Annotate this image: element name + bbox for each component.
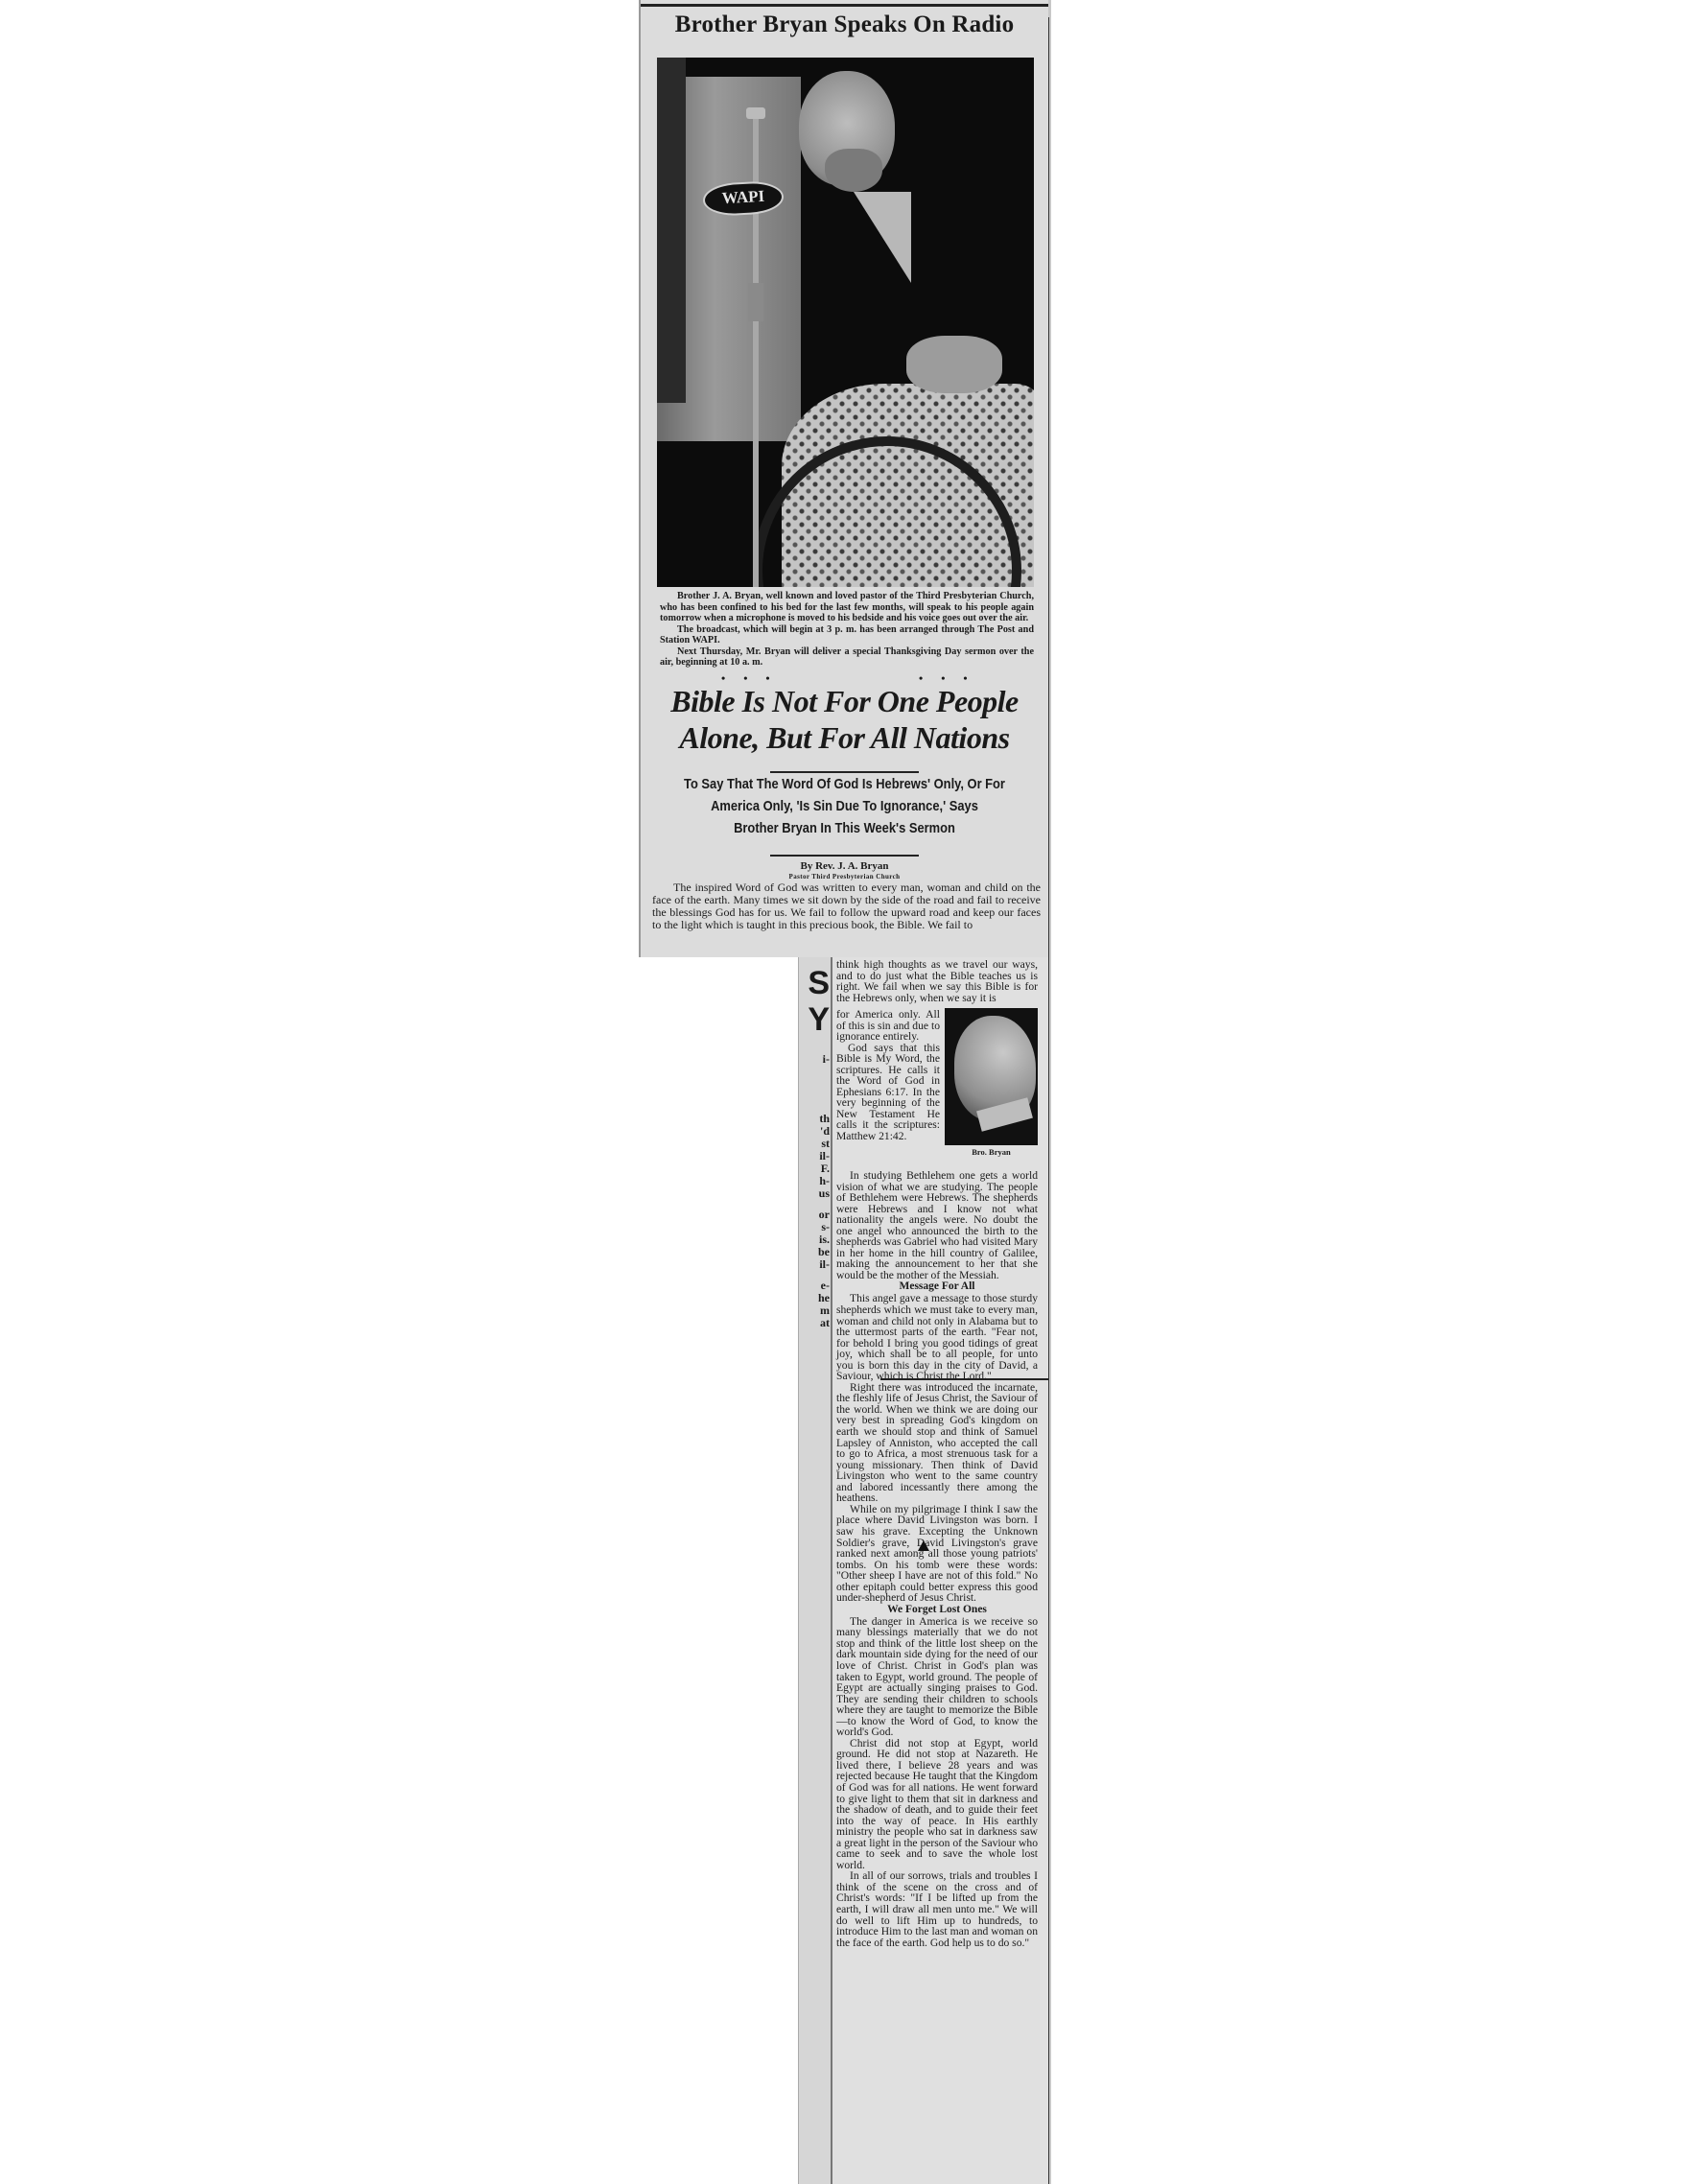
photo-caption: Brother J. A. Bryan, well known and love… (660, 591, 1034, 669)
body-section-bethlehem: In studying Bethlehem one gets a world v… (836, 1170, 1038, 1948)
inset-photo-caption: Bro. Bryan (945, 1147, 1038, 1157)
headline-radio: Brother Bryan Speaks On Radio (641, 12, 1048, 38)
caption-paragraph: The broadcast, which will begin at 3 p. … (660, 624, 1034, 646)
byline-divider (770, 855, 919, 857)
photo-bryan-radio: WAPI (657, 58, 1034, 587)
deck-subheadline: To Say That The Word Of God Is Hebrews' … (669, 773, 1020, 839)
body-narrow-column: for America only. All of this is sin and… (836, 1009, 940, 1142)
byline-title: Pastor Third Presbyterian Church (641, 873, 1048, 881)
ink-underline-mark (880, 1378, 1048, 1380)
caption-paragraph: Brother J. A. Bryan, well known and love… (660, 591, 1034, 624)
main-headline-line1: Bible Is Not For One People (641, 683, 1048, 719)
body-wrap-paragraph: think high thoughts as we travel our way… (836, 959, 1038, 1003)
adjacent-column-left: S Y i- th 'd st il- F. h- us or s- is. b… (798, 957, 832, 2184)
main-headline: Bible Is Not For One People Alone, But F… (641, 683, 1048, 756)
main-headline-line2: Alone, But For All Nations (641, 719, 1048, 756)
byline: By Rev. J. A. Bryan (641, 860, 1048, 872)
article-top-block: Brother Bryan Speaks On Radio WAPI Broth… (639, 0, 1048, 957)
subhead-we-forget-lost-ones: We Forget Lost Ones (836, 1604, 1038, 1616)
caption-paragraph: Next Thursday, Mr. Bryan will deliver a … (660, 646, 1034, 669)
top-rule (641, 4, 1048, 7)
inset-portrait-bryan (945, 1008, 1038, 1145)
intro-paragraph: The inspired Word of God was written to … (652, 881, 1041, 931)
ink-blot-mark (918, 1540, 929, 1551)
